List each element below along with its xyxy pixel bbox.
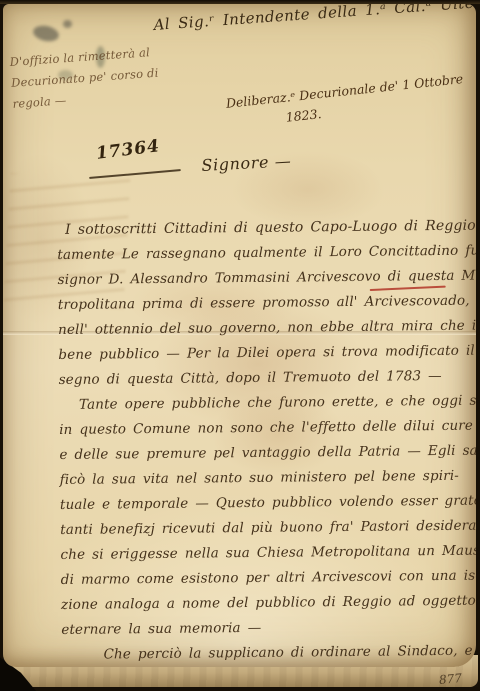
dateline: Deliberaz.ᵉ Decurionale de' 1 Ottobre 18… <box>225 69 466 134</box>
page-number-fragment: 877 <box>439 671 463 687</box>
manuscript-body: I sottoscritti Cittadini di questo Capo-… <box>57 218 476 667</box>
ink-smudge <box>63 20 72 28</box>
margin-annotation: D'offizio la rimetterà al Decurionato pe… <box>9 42 161 115</box>
ink-smudge <box>32 23 61 43</box>
manuscript-line: Che perciò la supplicano di ordinare al … <box>61 643 476 667</box>
salutation: Signore — <box>201 151 292 175</box>
header-address: Al Sig.ʳ Intendente della 1.ᵃ Cal.ᵃ Ulte… <box>153 4 476 34</box>
scan-edge <box>0 0 480 4</box>
protocol-number: 17364 <box>95 136 161 164</box>
paper-sheet: Al Sig.ʳ Intendente della 1.ᵃ Cal.ᵃ Ulte… <box>3 4 476 667</box>
protocol-underline <box>89 169 181 179</box>
scanned-document: 877 Al Sig.ʳ Intendente della 1.ᵃ Cal.ᵃ … <box>0 0 480 691</box>
